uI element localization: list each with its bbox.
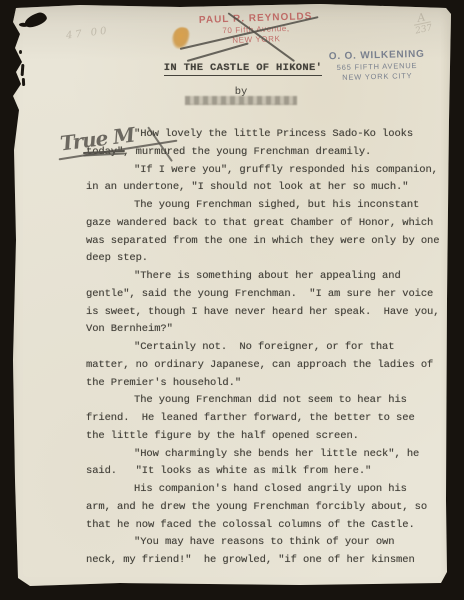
manuscript-paper: 47 00 A 237 PAUL R. REYNOLDS 70 Fifth Av… [0, 0, 464, 600]
typed-text: the Premier's household." [86, 377, 241, 389]
typed-text: "If I were you", gruffly responded his c… [134, 164, 438, 176]
typed-text: gentle", said the young Frenchman. "I am… [86, 288, 433, 300]
typed-line: gaze wandered back to that great Chamber… [86, 215, 452, 233]
typed-line: in an undertone, "I should not look at h… [86, 179, 452, 197]
typed-line: gentle", said the young Frenchman. "I am… [86, 286, 452, 304]
typed-text: "You may have reasons to think of your o… [134, 536, 394, 548]
pencil-note-top-left: 47 00 [65, 25, 110, 41]
typed-line: "How lovely the little Princess Sado-Ko … [86, 126, 452, 144]
typed-line: that he now faced the colossal columns o… [86, 517, 452, 535]
typed-text: "Certainly not. No foreigner, or for tha… [134, 341, 394, 353]
typed-text: is sweet, though I have never heard her … [86, 306, 439, 318]
typed-line: said. "It looks as white as milk from he… [86, 463, 452, 481]
typed-text: deep step. [86, 252, 148, 264]
typed-text: His companion's hand closed angrily upon… [134, 483, 407, 495]
typed-line: The young Frenchman did not seem to hear… [86, 392, 452, 410]
edge-tear [19, 50, 22, 54]
typed-text: friend. He leaned farther forward, the b… [86, 412, 415, 424]
typed-line: The young Frenchman sighed, but his inco… [86, 197, 452, 215]
typed-line: "If I were you", gruffly responded his c… [86, 162, 452, 180]
typed-line: is sweet, though I have never heard her … [86, 304, 452, 322]
scanned-manuscript-page: { "annotations": { "top_left_pencil": "4… [0, 0, 464, 600]
typed-text: matter, no ordinary Japanese, can approa… [86, 359, 433, 371]
typed-line: was separated from the one in which they… [86, 233, 452, 251]
typed-text: arm, and he drew the young Frenchman for… [86, 501, 427, 513]
typed-lines: "How lovely the little Princess Sado-Ko … [86, 126, 452, 570]
edge-tear [22, 78, 25, 86]
typed-text: gaze wandered back to that great Chamber… [86, 217, 433, 229]
torn-hole [23, 11, 49, 30]
typed-line: "Certainly not. No foreigner, or for tha… [86, 339, 452, 357]
typed-line: matter, no ordinary Japanese, can approa… [86, 357, 452, 375]
typed-text: The young Frenchman did not seem to hear… [134, 394, 407, 406]
typed-line: the Premier's household." [86, 375, 452, 393]
typed-line: arm, and he drew the young Frenchman for… [86, 499, 452, 517]
typed-text: the little figure by the half opened scr… [86, 430, 359, 442]
typed-text: "How charmingly she bends her little nec… [134, 448, 419, 460]
typed-line: the little figure by the half opened scr… [86, 428, 452, 446]
typed-line: "You may have reasons to think of your o… [86, 534, 452, 552]
typed-line: "How charmingly she bends her little nec… [86, 446, 452, 464]
typed-line: friend. He leaned farther forward, the b… [86, 410, 452, 428]
typed-text: was separated from the one in which they… [86, 235, 439, 247]
typed-line: neck, my friend!" he growled, "if one of… [86, 552, 452, 570]
struck-word: today" [86, 144, 123, 162]
pencil-note-top-right: A 237 [412, 11, 433, 36]
typed-line: today", murmured the young Frenchman dre… [86, 144, 452, 162]
typed-text: , murmured the young Frenchman dreamily. [123, 146, 371, 158]
typed-text: The young Frenchman sighed, but his inco… [134, 199, 419, 211]
typed-text: "How lovely the little Princess Sado-Ko … [134, 128, 413, 140]
typed-text: said. "It looks as white as milk from he… [86, 465, 371, 477]
page-title: IN THE CASTLE OF HIKONE' [164, 62, 322, 76]
typed-text: in an undertone, "I should not look at h… [86, 181, 408, 193]
typed-text: Von Bernheim?" [86, 323, 173, 335]
typed-text: that he now faced the colossal columns o… [86, 519, 415, 531]
page-title-row: IN THE CASTLE OF HIKONE' [22, 57, 464, 75]
typed-line: "There is something about her appealing … [86, 268, 452, 286]
typed-line: Von Bernheim?" [86, 321, 452, 339]
typed-text: "There is something about her appealing … [134, 270, 401, 282]
typed-text: neck, my friend!" he growled, "if one of… [86, 554, 415, 566]
erased-author-name [185, 96, 297, 105]
typed-line: deep step. [86, 250, 452, 268]
typed-line: His companion's hand closed angrily upon… [86, 481, 452, 499]
